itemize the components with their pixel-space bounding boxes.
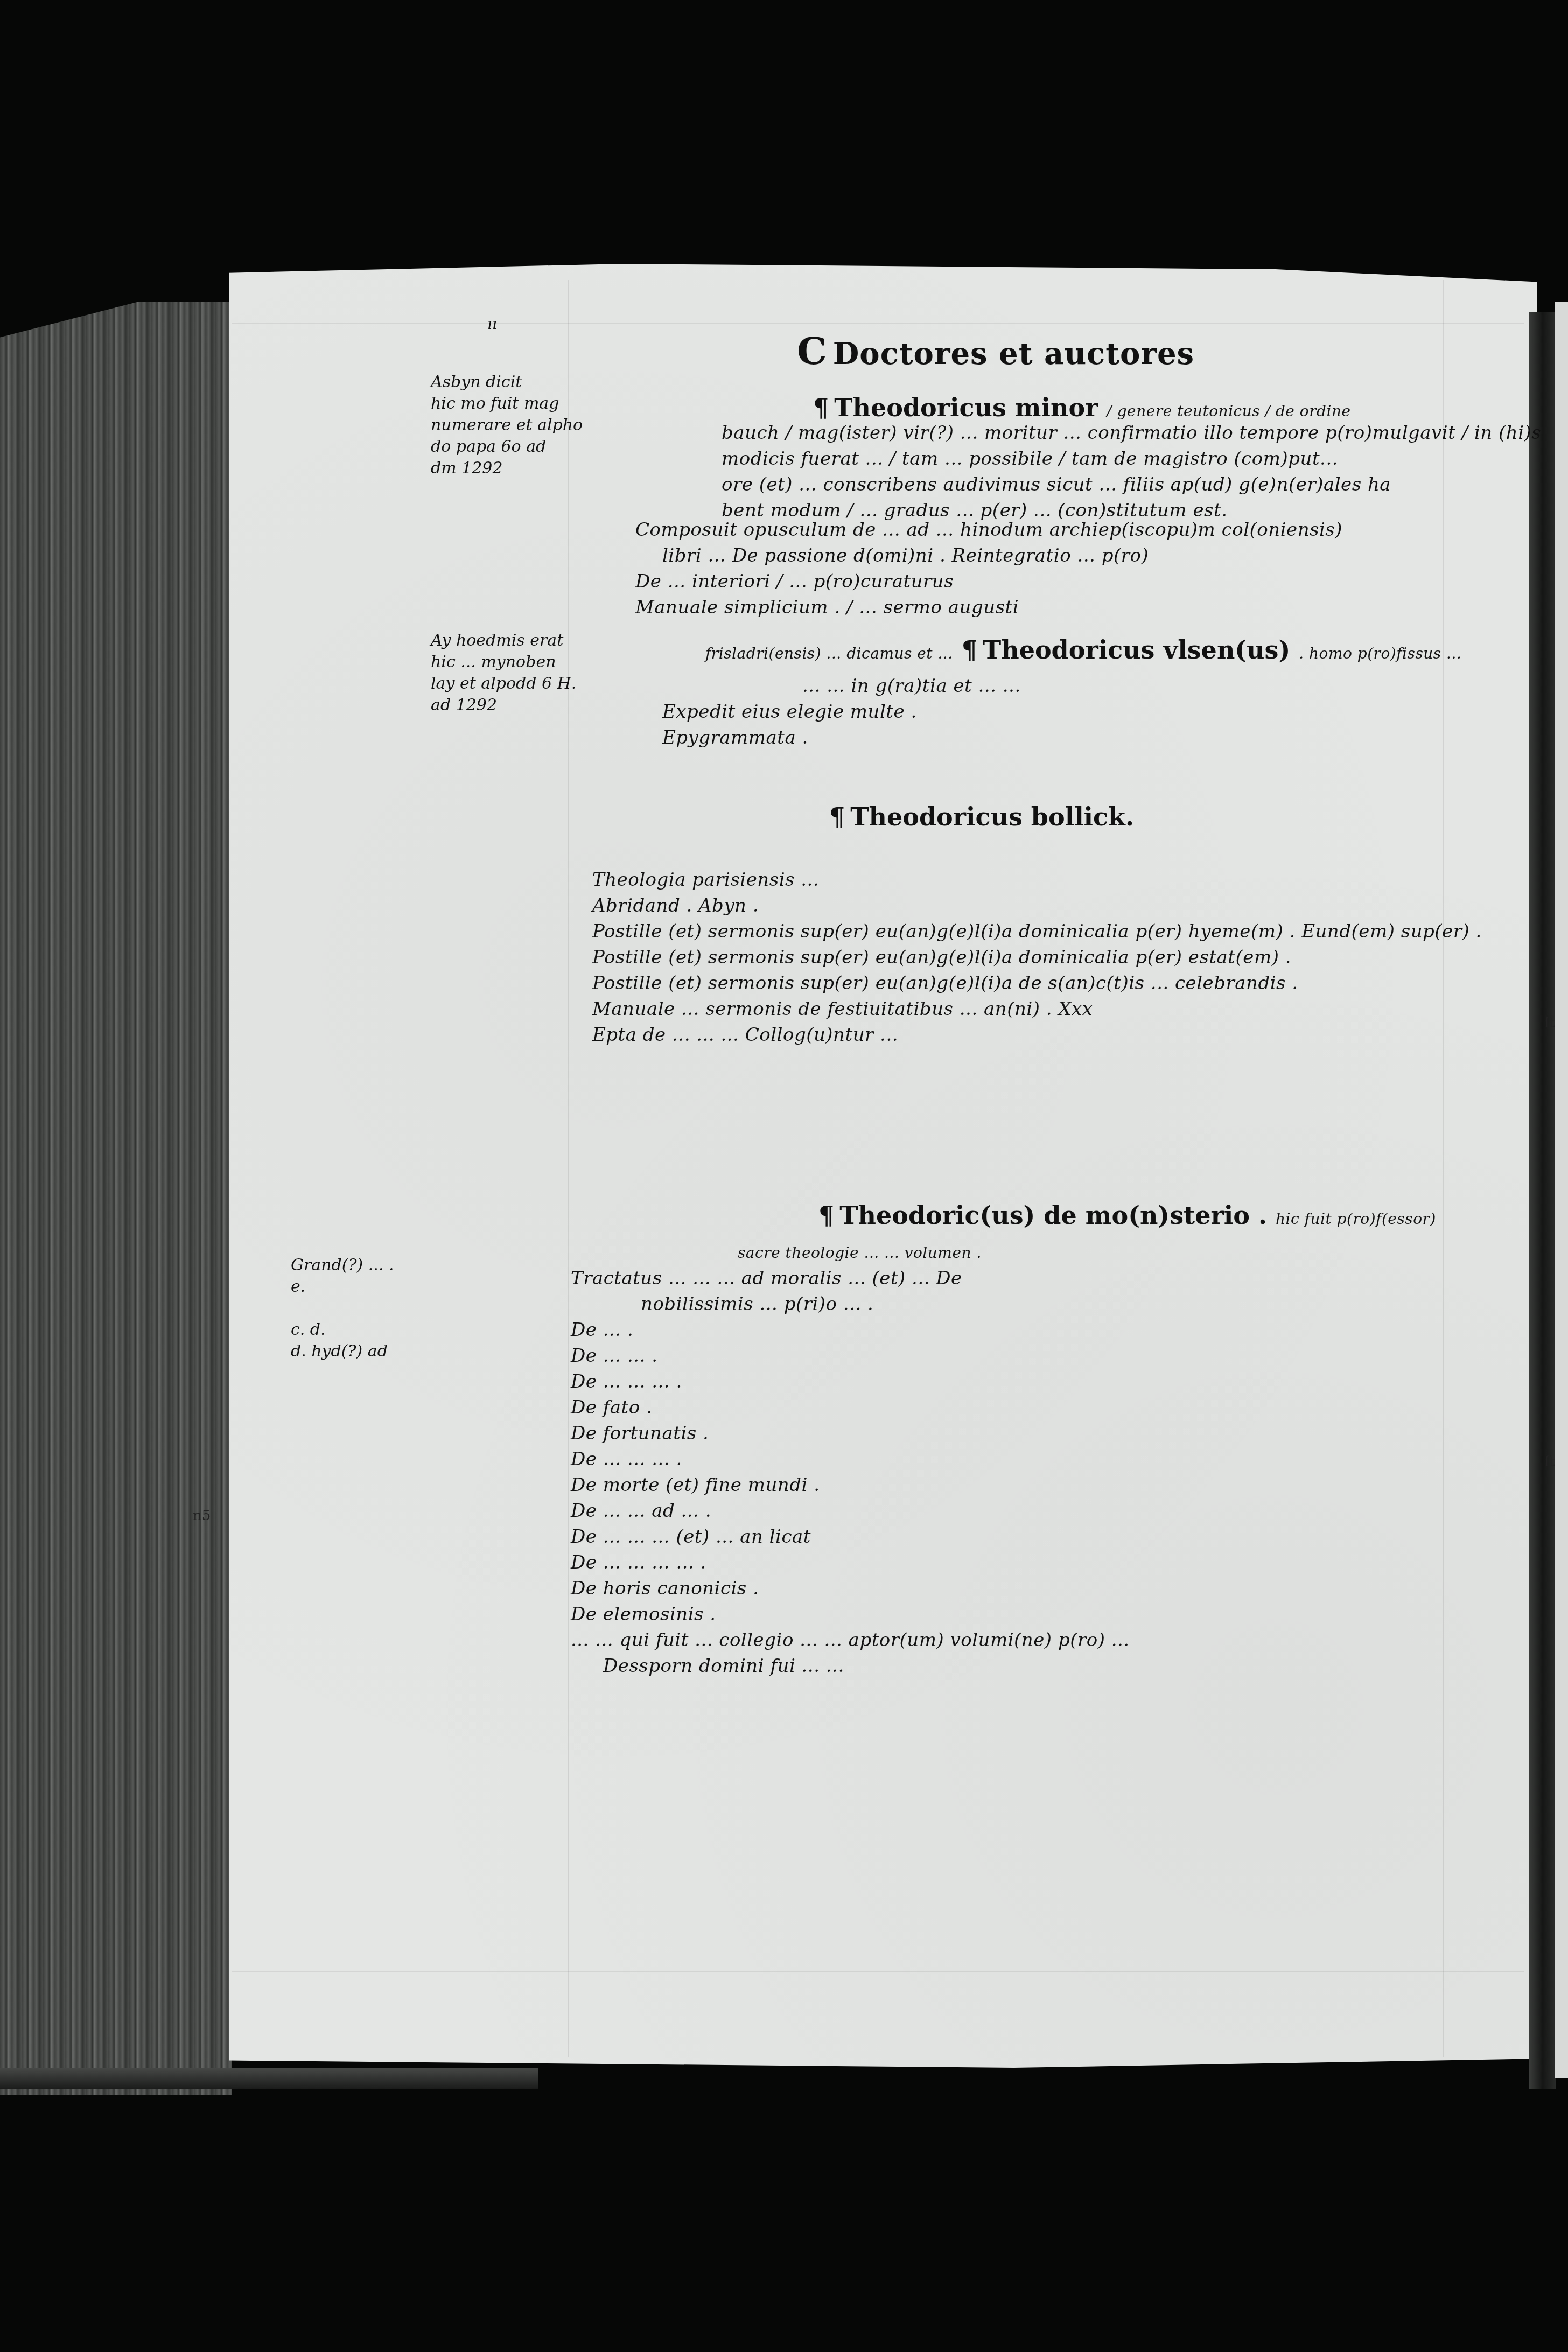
entry-heading-text: Theodoricus minor (834, 393, 1098, 422)
paragraph-mark-icon: C (797, 328, 828, 373)
work-title: Postille (et) sermonis sup(er) eu(an)g(e… (592, 970, 1482, 996)
pilcrow-icon: ¶ (962, 635, 977, 664)
work-title: ... ... qui fuit ... collegio ... ... ap… (571, 1627, 1130, 1653)
entry-subheading: sacre theologie ... ... volumen . (738, 1244, 982, 1262)
entry-line: ore (et) ... conscribens audivimus sicut… (722, 472, 1541, 498)
book-gutter (1529, 312, 1556, 2089)
book-bottom-edge (0, 2068, 538, 2089)
entry-heading-suffix: . homo p(ro)fissus ... (1299, 645, 1461, 662)
work-title: De ... ... ... ... . (571, 1550, 1130, 1576)
entry-body: bauch / mag(ister) vir(?) ... moritur ..… (722, 420, 1541, 523)
work-title: Postille (et) sermonis sup(er) eu(an)g(e… (592, 919, 1482, 944)
work-title: nobilissimis ... p(ri)o ... . (571, 1291, 1130, 1317)
entry-heading: frisladri(ensis) ... dicamus et ... ¶The… (705, 635, 1461, 664)
entry-line: modicis fuerat ... / tam ... possibile /… (722, 446, 1541, 472)
ruling-line (1443, 280, 1444, 2057)
work-title: De morte (et) fine mundi . (571, 1472, 1130, 1498)
work-title: De ... . (571, 1317, 1130, 1343)
book-fore-edge (0, 302, 232, 2095)
work-title: Dessporn domini fui ... ... (571, 1653, 1130, 1679)
folio-mark: ıı (487, 315, 497, 333)
running-header-text: Doctores et auctores (833, 336, 1194, 372)
ruling-line (568, 280, 569, 2057)
pilcrow-icon: ¶ (813, 393, 829, 422)
work-title: Postille (et) sermonis sup(er) eu(an)g(e… (592, 944, 1482, 970)
work-title: Epygrammata . (662, 725, 1021, 751)
work-title: De ... ... ... (et) ... an licat (571, 1524, 1130, 1550)
work-title: Manuale ... sermonis de festiuitatibus .… (592, 996, 1482, 1022)
work-title: libri ... De passione d(omi)ni . Reinteg… (635, 543, 1342, 569)
margin-note: Grand(?) ... . e. c. d. d. hyd(?) ad (291, 1255, 394, 1362)
work-title: De ... interiori / ... p(ro)curaturus (635, 569, 1342, 594)
entry-heading-text: Theodoricus bollick. (850, 802, 1134, 831)
entry-line: bauch / mag(ister) vir(?) ... moritur ..… (722, 420, 1541, 446)
work-title: Manuale simplicium . / ... sermo augusti (635, 594, 1342, 620)
work-title: De ... ... . (571, 1343, 1130, 1369)
entry-heading-text: Theodoric(us) de mo(n)sterio . (839, 1201, 1267, 1230)
work-title: Abridand . Abyn . (592, 893, 1482, 919)
facing-page-mark: ſt (1544, 1015, 1555, 1031)
entry-heading-prefix: frisladri(ensis) ... dicamus et ... (705, 645, 953, 662)
entry-heading: ¶Theodoricus minor / genere teutonicus /… (813, 393, 1351, 422)
work-title: De fortunatis . (571, 1420, 1130, 1446)
work-title: Composuit opusculum de ... ad ... hinodu… (635, 517, 1342, 543)
work-title: De fato . (571, 1395, 1130, 1420)
pilcrow-icon: ¶ (818, 1201, 834, 1230)
entry-heading: ¶Theodoricus bollick. (829, 802, 1134, 831)
edge-mark: n5 (193, 1508, 211, 1524)
pilcrow-icon: ¶ (829, 802, 845, 831)
entry-line: ... ... in g(ra)tia et ... ... (662, 673, 1021, 699)
work-title: De ... ... ... . (571, 1446, 1130, 1472)
work-title: Tractatus ... ... ... ad moralis ... (et… (571, 1265, 1130, 1291)
margin-note: Asbyn dicit hic mo fuit mag numerare et … (431, 372, 583, 479)
ruling-line (232, 323, 1524, 324)
work-title: Expedit eius elegie multe . (662, 699, 1021, 725)
running-header: CDoctores et auctores (797, 328, 1194, 373)
entry-body: ... ... in g(ra)tia et ... ... Expedit e… (662, 673, 1021, 751)
work-title: De horis canonicis . (571, 1576, 1130, 1601)
entry-works: Theologia parisiensis ... Abridand . Aby… (592, 867, 1482, 1048)
work-title: De ... ... ... . (571, 1369, 1130, 1395)
ruling-line (232, 1971, 1524, 1972)
facing-page-edge (1555, 302, 1568, 2078)
entry-heading-suffix: / genere teutonicus / de ordine (1107, 402, 1350, 420)
margin-note: Ay hoedmis erat hic ... mynoben lay et a… (431, 630, 576, 716)
work-title: De elemosinis . (571, 1601, 1130, 1627)
entry-works: Composuit opusculum de ... ad ... hinodu… (635, 517, 1342, 620)
work-title: Epta de ... ... ... Collog(u)ntur ... (592, 1022, 1482, 1048)
work-title: De ... ... ad ... . (571, 1498, 1130, 1524)
facing-page-mark: ſt (1544, 1454, 1555, 1470)
entry-works: Tractatus ... ... ... ad moralis ... (et… (571, 1265, 1130, 1679)
entry-heading: ¶Theodoric(us) de mo(n)sterio . hic fuit… (818, 1201, 1436, 1230)
work-title: Theologia parisiensis ... (592, 867, 1482, 893)
entry-heading-text: Theodoricus vlsen(us) (983, 635, 1290, 664)
entry-heading-suffix: hic fuit p(ro)f(essor) (1276, 1210, 1436, 1228)
